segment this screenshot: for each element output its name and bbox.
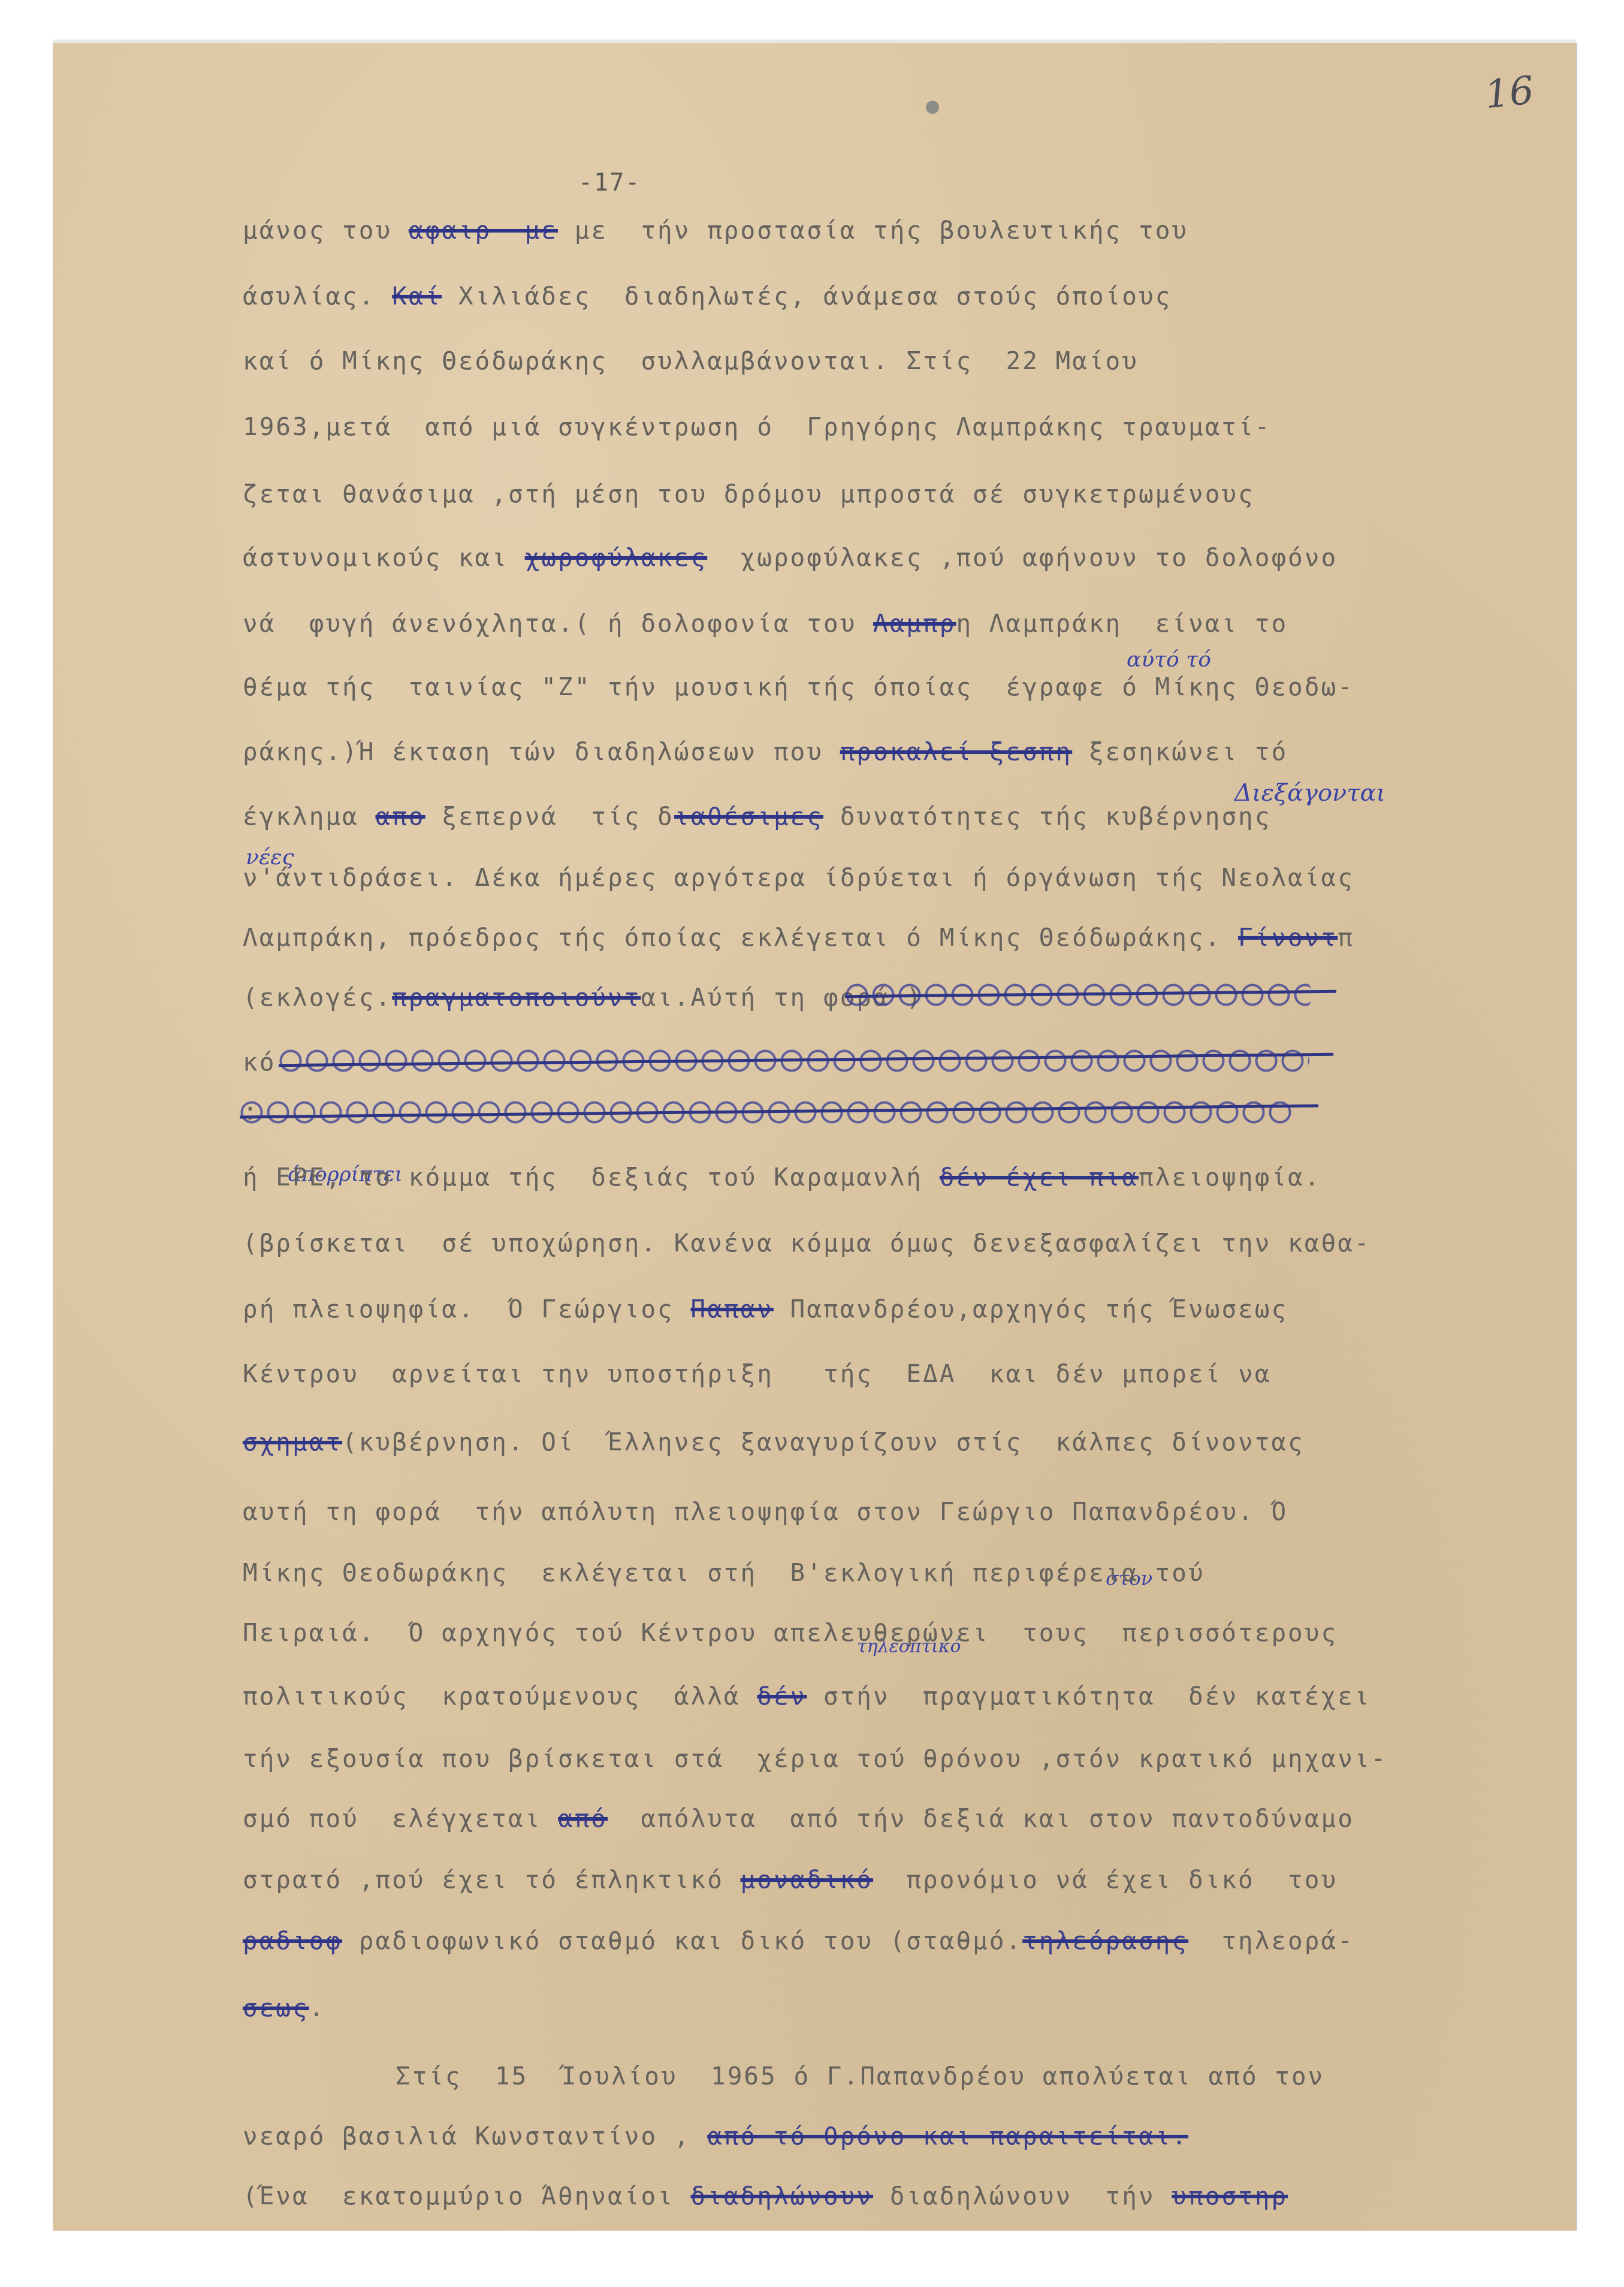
page-number: -17- bbox=[578, 169, 641, 197]
text-line-14: κό bbox=[243, 1048, 276, 1076]
strikethrough: Λαμπρ bbox=[873, 609, 956, 638]
folio-number: 16 bbox=[1483, 68, 1536, 117]
scribbled-out-text bbox=[279, 1043, 1309, 1079]
text-line-9: ράκης.)Ή έκταση τών διαδηλώσεων που προκ… bbox=[243, 737, 1288, 766]
text-line-26: σμό πού ελέγχεται από απόλυτα από τήν δε… bbox=[243, 1804, 1354, 1833]
insertion-auto-to: αύτό τό bbox=[1127, 647, 1211, 672]
text-line-6: άστυνομικούς και χωροφύλακες χωροφύλακες… bbox=[243, 543, 1338, 572]
text-line-16: ή ΕΡΕ, το κόμμα τής δεξιάς τού Καραμανλή… bbox=[243, 1163, 1321, 1191]
text-line-32: (Ένα εκατομμύριο Άθηναίοι διαδηλώνουν δι… bbox=[243, 2182, 1288, 2210]
text-line-1: μάνος του αφαιρ με με τήν προστασία τής … bbox=[243, 216, 1188, 245]
text-line-10: έγκλημα απο ξεπερνά τίς διαθέσιμες δυνατ… bbox=[243, 802, 1271, 831]
text-line-11: ν'άντιδράσει. Δέκα ήμέρες αργότερα ίδρύε… bbox=[243, 863, 1354, 892]
text-line-24: πολιτικούς κρατούμενους άλλά δέν στήν πρ… bbox=[243, 1682, 1371, 1710]
text-line-3: καί ό Μίκης Θεόδωράκης συλλαμβάνονται. Σ… bbox=[243, 346, 1139, 375]
text-line-12: Λαμπράκη, πρόεδρος τής όποίας εκλέγεται … bbox=[243, 923, 1354, 952]
strikethrough: αφαιρ με bbox=[409, 216, 558, 245]
text-line-29: σεως. bbox=[243, 1993, 325, 2022]
strikethrough: χωροφύλακες bbox=[525, 543, 708, 572]
text-line-21: αυτή τη φορά τήν απόλυτη πλειοψηφία στον… bbox=[243, 1497, 1288, 1526]
text-line-8: θέμα τής ταινίας "Ζ" τήν μουσική τής όπο… bbox=[243, 672, 1354, 701]
strikethrough: Καί bbox=[392, 282, 442, 310]
text-line-2: άσυλίας. Καί Χιλιάδες διαδηλωτές, άνάμεσ… bbox=[243, 282, 1172, 310]
scribbled-out-text bbox=[240, 1094, 1294, 1130]
text-line-4: 1963,μετά από μιά συγκέντρωση ό Γρηγόρης… bbox=[243, 412, 1271, 441]
text-line-20: σχηματ(κυβέρνηση. Οί Έλληνες ξαναγυρίζου… bbox=[243, 1428, 1305, 1456]
scribbled-out-text bbox=[845, 977, 1312, 1013]
text-line-17: (βρίσκεται σέ υποχώρηση. Κανένα κόμμα όμ… bbox=[243, 1229, 1371, 1257]
text-line-5: ζεται θανάσιμα ,στή μέση του δρόμου μπρο… bbox=[243, 479, 1255, 508]
text-line-28: ραδιοφ ραδιοφωνικό σταθμό και δικό του (… bbox=[243, 1926, 1354, 1955]
text-line-7: νά φυγή άνενόχλητα.( ή δολοφονία του Λαμ… bbox=[243, 609, 1288, 638]
text-line-23: Πειραιά. Ό αρχηγός τού Κέντρου απελευθερ… bbox=[243, 1618, 1338, 1647]
ink-spot bbox=[926, 101, 939, 114]
text-line-22: Μίκης Θεοδωράκης εκλέγεται στή Β'εκλογικ… bbox=[243, 1558, 1205, 1587]
text-line-27: στρατό ,πού έχει τό έπληκτικό μοναδικό π… bbox=[243, 1865, 1338, 1894]
text-line-13: (εκλογές.πραγματοποιούνται.Αύτή τη φορά … bbox=[243, 983, 923, 1012]
text-line-18: ρή πλειοψηφία. Ό Γεώργιος Παπαν Παπανδρέ… bbox=[243, 1295, 1288, 1323]
text-line-31: νεαρό βασιλιά Κωνσταντίνο , από τό θρόνο… bbox=[243, 2122, 1188, 2150]
text-line-19: Κέντρου αρνείται την υποστήριξη τής ΕΔΑ … bbox=[243, 1359, 1271, 1388]
text-line-25: τήν εξουσία που βρίσκεται στά χέρια τού … bbox=[243, 1744, 1387, 1773]
text-line-30: Στίς 15 Ίουλίου 1965 ό Γ.Παπανδρέου απολ… bbox=[396, 2062, 1324, 2090]
strikethrough: προκαλεί ξεσπη bbox=[840, 737, 1073, 766]
